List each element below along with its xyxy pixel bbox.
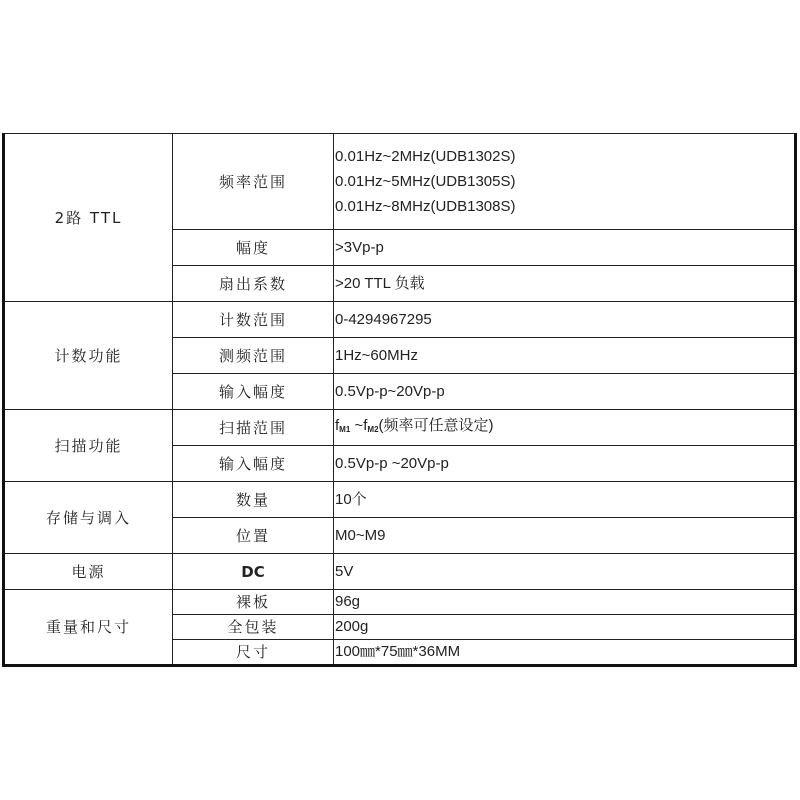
value-cell: 5V [334, 554, 796, 590]
value-note: (频率可任意设定) [379, 417, 494, 434]
param-cell: 位置 [173, 518, 334, 554]
value-cell: >20 TTL 负载 [334, 266, 796, 302]
value-cell: fM1 ~fM2(频率可任意设定) [334, 410, 796, 446]
value-cell: 0-4294967295 [334, 302, 796, 338]
value-cell: 200g [334, 615, 796, 640]
table-row: 重量和尺寸 裸板 96g [4, 590, 796, 615]
table-row: 电源 DC 5V [4, 554, 796, 590]
spec-table: 2路 TTL 频率范围 0.01Hz~2MHz(UDB1302S) 0.01Hz… [2, 133, 797, 667]
value-line: 0.01Hz~5MHz(UDB1305S) [335, 169, 794, 194]
param-cell: 裸板 [173, 590, 334, 615]
value-cell: M0~M9 [334, 518, 796, 554]
category-cell: 电源 [4, 554, 173, 590]
category-cell: 计数功能 [4, 302, 173, 410]
param-cell: 尺寸 [173, 640, 334, 666]
value-line: 0.01Hz~8MHz(UDB1308S) [335, 194, 794, 219]
value-cell: 96g [334, 590, 796, 615]
table-row: 计数功能 计数范围 0-4294967295 [4, 302, 796, 338]
table-row: 2路 TTL 频率范围 0.01Hz~2MHz(UDB1302S) 0.01Hz… [4, 134, 796, 230]
param-cell: 频率范围 [173, 134, 334, 230]
category-cell: 存储与调入 [4, 482, 173, 554]
value-cell: 10个 [334, 482, 796, 518]
param-cell: 扇出系数 [173, 266, 334, 302]
category-cell: 重量和尺寸 [4, 590, 173, 666]
param-cell: 输入幅度 [173, 446, 334, 482]
table-row: 存储与调入 数量 10个 [4, 482, 796, 518]
value-tilde-f: ~f [350, 417, 367, 434]
param-cell: DC [173, 554, 334, 590]
param-cell: 全包装 [173, 615, 334, 640]
value-cell: >3Vp-p [334, 230, 796, 266]
value-cell: 0.5Vp-p~20Vp-p [334, 374, 796, 410]
value-cell: 0.01Hz~2MHz(UDB1302S) 0.01Hz~5MHz(UDB130… [334, 134, 796, 230]
category-cell: 2路 TTL [4, 134, 173, 302]
table-row: 扫描功能 扫描范围 fM1 ~fM2(频率可任意设定) [4, 410, 796, 446]
param-cell: 输入幅度 [173, 374, 334, 410]
param-cell: 测频范围 [173, 338, 334, 374]
value-cell: 0.5Vp-p ~20Vp-p [334, 446, 796, 482]
param-cell: 计数范围 [173, 302, 334, 338]
category-cell: 扫描功能 [4, 410, 173, 482]
param-cell: 扫描范围 [173, 410, 334, 446]
value-cell: 100㎜*75㎜*36MM [334, 640, 796, 666]
value-line: 0.01Hz~2MHz(UDB1302S) [335, 144, 794, 169]
param-cell: 幅度 [173, 230, 334, 266]
subscript-m2: M2 [367, 425, 378, 434]
value-cell: 1Hz~60MHz [334, 338, 796, 374]
param-cell: 数量 [173, 482, 334, 518]
subscript-m1: M1 [339, 425, 350, 434]
